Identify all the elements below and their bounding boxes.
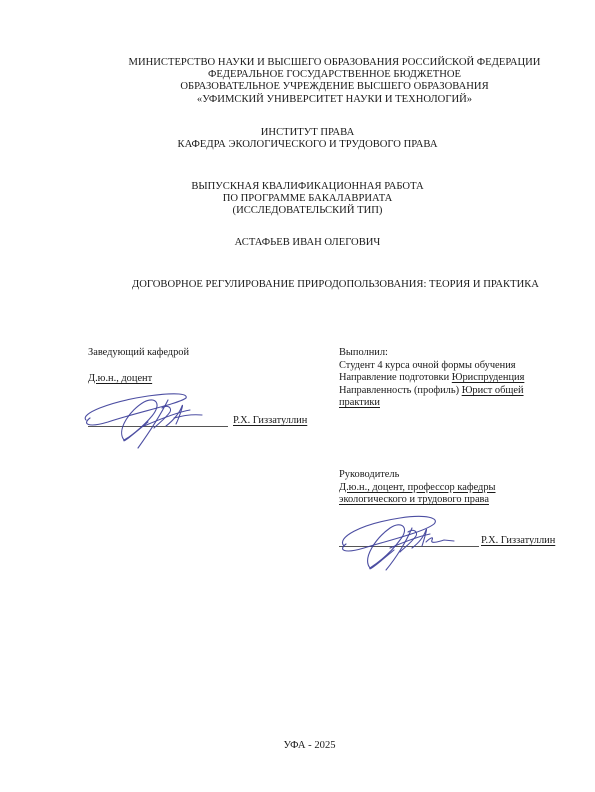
department-name: КАФЕДРА ЭКОЛОГИЧЕСКОГО И ТРУДОВОГО ПРАВА <box>10 139 595 151</box>
header-line: МИНИСТЕРСТВО НАУКИ И ВЫСШЕГО ОБРАЗОВАНИЯ… <box>37 57 595 69</box>
work-type-line: ВЫПУСКНАЯ КВАЛИФИКАЦИОННАЯ РАБОТА <box>10 181 595 193</box>
profile-label: Направленность (профиль) <box>339 385 459 396</box>
city-year: УФА - 2025 <box>12 740 595 752</box>
performed-by-block: Выполнил: Студент 4 курса очной формы об… <box>339 347 579 410</box>
head-of-department-block: Заведующий кафедрой Д.ю.н., доцент <box>88 347 318 385</box>
work-type-block: ВЫПУСКНАЯ КВАЛИФИКАЦИОННАЯ РАБОТА ПО ПРО… <box>10 181 595 218</box>
supervisor-signer-name: Р.Х. Гиззатуллин <box>481 535 555 546</box>
supervisor-block: Руководитель Д.ю.н., доцент, профессор к… <box>339 469 579 507</box>
supervisor-degree-cont: экологического и трудового права <box>339 494 489 505</box>
student-info: Студент 4 курса очной формы обучения <box>339 360 579 373</box>
work-type-line: (ИССЛЕДОВАТЕЛЬСКИЙ ТИП) <box>10 205 595 217</box>
work-type-line: ПО ПРОГРАММЕ БАКАЛАВРИАТА <box>10 193 595 205</box>
supervisor-degree: Д.ю.н., доцент, профессор кафедры <box>339 482 496 493</box>
thesis-title: ДОГОВОРНОЕ РЕГУЛИРОВАНИЕ ПРИРОДОПОЛЬЗОВА… <box>38 279 595 291</box>
head-signature-line <box>88 426 228 427</box>
head-signer-name: Р.Х. Гиззатуллин <box>233 415 307 426</box>
supervisor-signature-icon <box>330 510 480 574</box>
head-signature-icon <box>78 382 228 454</box>
direction-label: Направление подготовки <box>339 372 449 383</box>
supervisor-role: Руководитель <box>339 469 579 482</box>
performed-by-label: Выполнил: <box>339 347 579 360</box>
institute-block: ИНСТИТУТ ПРАВА КАФЕДРА ЭКОЛОГИЧЕСКОГО И … <box>10 127 595 151</box>
supervisor-signature-line <box>339 546 479 547</box>
header-line: ФЕДЕРАЛЬНОЕ ГОСУДАРСТВЕННОЕ БЮДЖЕТНОЕ <box>37 69 595 81</box>
direction-value: Юриспруденция <box>452 372 525 383</box>
profile-value-cont: практики <box>339 397 380 408</box>
author-name: АСТАФЬЕВ ИВАН ОЛЕГОВИЧ <box>10 237 595 249</box>
head-role: Заведующий кафедрой <box>88 347 318 360</box>
header-line: ОБРАЗОВАТЕЛЬНОЕ УЧРЕЖДЕНИЕ ВЫСШЕГО ОБРАЗ… <box>37 81 595 93</box>
ministry-header: МИНИСТЕРСТВО НАУКИ И ВЫСШЕГО ОБРАЗОВАНИЯ… <box>37 57 595 106</box>
institute-name: ИНСТИТУТ ПРАВА <box>10 127 595 139</box>
header-line: «УФИМСКИЙ УНИВЕРСИТЕТ НАУКИ И ТЕХНОЛОГИЙ… <box>37 94 595 106</box>
profile-value: Юрист общей <box>462 385 524 396</box>
head-degree: Д.ю.н., доцент <box>88 373 152 384</box>
